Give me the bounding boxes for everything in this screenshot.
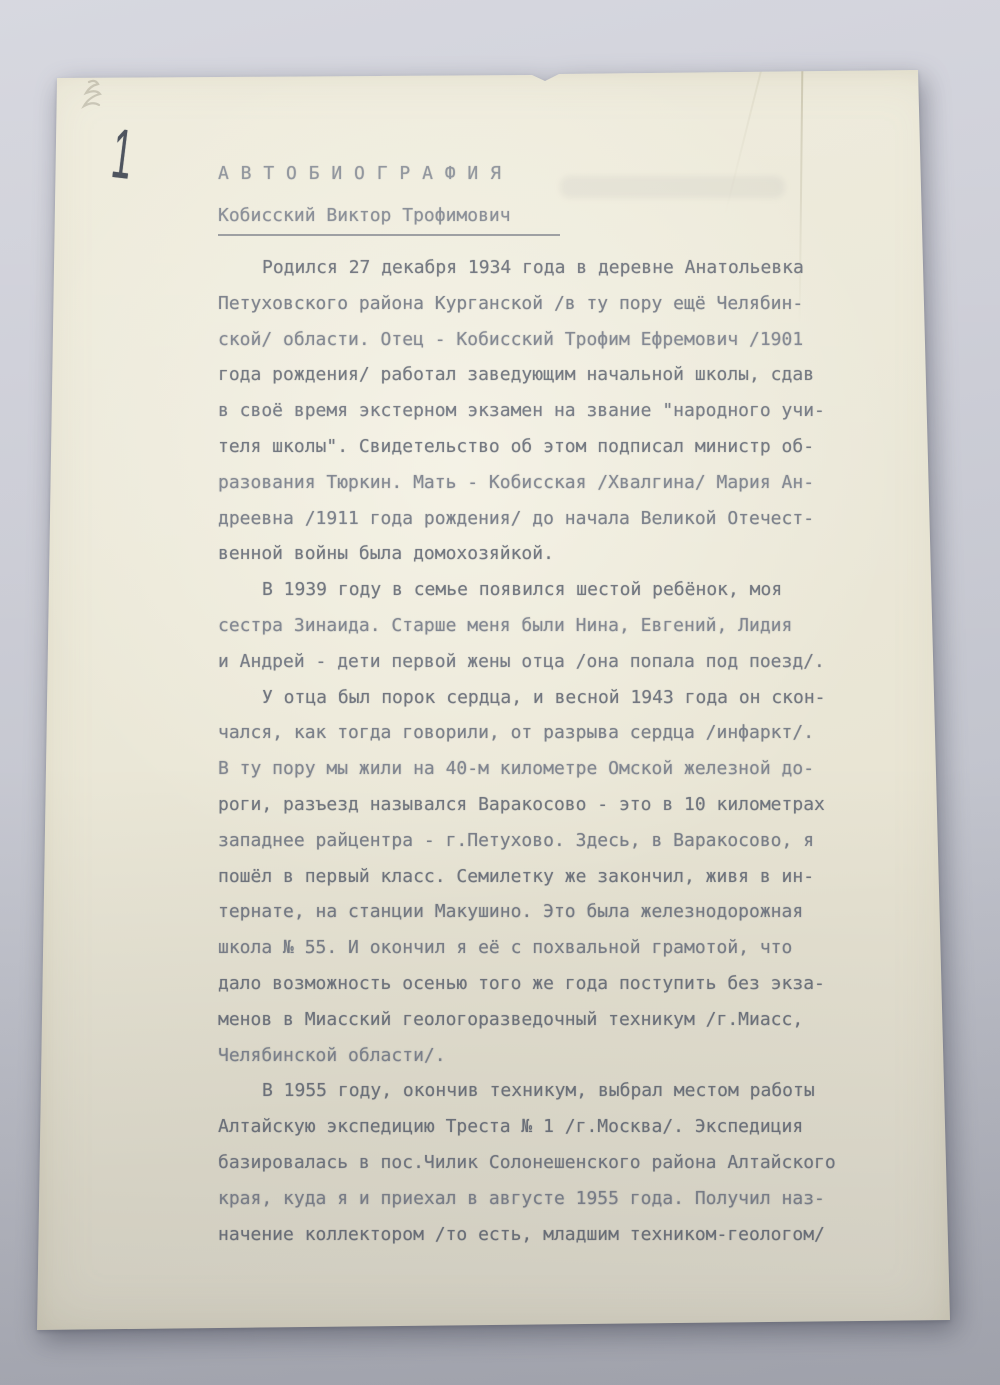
typed-line: Челябинской области/.	[218, 1038, 908, 1074]
photo-backdrop: 1 А В Т О Б И О Г Р А Ф И Я Кобисский Ви…	[0, 0, 1000, 1385]
typed-line: чался, как тогда говорили, от разрыва се…	[218, 715, 908, 751]
typed-line: сестра Зинаида. Старше меня были Нина, Е…	[218, 608, 908, 644]
paper-sheet-wrap: 1 А В Т О Б И О Г Р А Ф И Я Кобисский Ви…	[37, 64, 950, 1330]
typed-line: в своё время экстерном экзамен на звание…	[218, 393, 908, 429]
typed-line: дало возможность осенью того же года пос…	[218, 966, 908, 1002]
typed-line: Алтайскую экспедицию Треста № 1 /г.Москв…	[218, 1109, 908, 1145]
typed-line: Родился 27 декабря 1934 года в деревне А…	[218, 250, 908, 286]
typed-line: начение коллектором /то есть, младшим те…	[218, 1217, 908, 1253]
typed-line: ской/ области. Отец - Кобисский Трофим Е…	[218, 322, 908, 358]
typed-line: В 1955 году, окончив техникум, выбрал ме…	[218, 1073, 908, 1109]
typed-line: В 1939 году в семье появился шестой ребё…	[218, 572, 908, 608]
typed-line: пошёл в первый класс. Семилетку же закон…	[218, 859, 908, 895]
pencil-mark	[75, 78, 121, 126]
document-page: 1 А В Т О Б И О Г Р А Ф И Я Кобисский Ви…	[37, 64, 950, 1330]
typed-line: и Андрей - дети первой жены отца /она по…	[218, 644, 908, 680]
typed-line: менов в Миасский геологоразведочный техн…	[218, 1002, 908, 1038]
typed-line: венной войны была домохозяйкой.	[218, 536, 908, 572]
typed-line: базировалась в пос.Чилик Солонешенского …	[218, 1145, 908, 1181]
typed-line: Петуховского района Курганской /в ту пор…	[218, 286, 908, 322]
typed-line: дреевна /1911 года рождения/ до начала В…	[218, 501, 908, 537]
document-title: А В Т О Б И О Г Р А Ф И Я	[218, 163, 908, 185]
handwritten-page-number: 1	[108, 118, 136, 190]
typed-line: роги, разъезд назывался Варакосово - это…	[218, 787, 908, 823]
typed-line: западнее райцентра - г.Петухово. Здесь, …	[218, 823, 908, 859]
typed-line: года рождения/ работал заведующим началь…	[218, 357, 908, 393]
typed-line: В ту пору мы жили на 40-м километре Омск…	[218, 751, 908, 787]
typed-line: школа № 55. И окончил я её с похвальной …	[218, 930, 908, 966]
subject-name: Кобисский Виктор Трофимович	[218, 205, 560, 236]
typed-line: У отца был порок сердца, и весной 1943 г…	[218, 680, 908, 716]
document-body: Родился 27 декабря 1934 года в деревне А…	[218, 250, 908, 1252]
typed-text-block: А В Т О Б И О Г Р А Ф И Я Кобисский Викт…	[218, 163, 908, 1252]
typed-line: разования Тюркин. Мать - Кобисская /Хвал…	[218, 465, 908, 501]
typed-line: тернате, на станции Макушино. Это была ж…	[218, 894, 908, 930]
typed-line: теля школы". Свидетельство об этом подпи…	[218, 429, 908, 465]
typed-line: края, куда я и приехал в августе 1955 го…	[218, 1181, 908, 1217]
